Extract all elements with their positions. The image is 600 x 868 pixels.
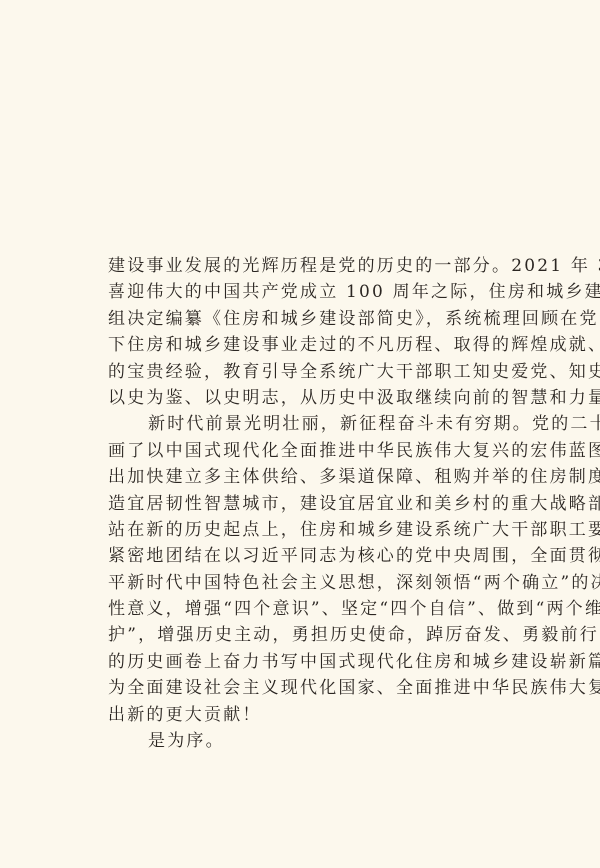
text-line: 下住房和城乡建设事业走过的不凡历程、取得的辉煌成就、积累 xyxy=(108,332,550,358)
text-line: 新时代前景光明壮丽，新征程奋斗未有穷期。党的二十大擘 xyxy=(108,411,550,437)
text-line: 性意义，增强“四个意识”、坚定“四个自信”、做到“两个维 xyxy=(108,596,550,622)
text-line: 的宝贵经验，教育引导全系统广大干部职工知史爱党、知史爱国， xyxy=(108,359,550,385)
text-line: 护”，增强历史主动，勇担历史使命，踔厉奋发、勇毅前行，在新 xyxy=(108,622,550,648)
text-line: 站在新的历史起点上，住房和城乡建设系统广大干部职工要更加 xyxy=(108,517,550,543)
text-line: 紧密地团结在以习近平同志为核心的党中央周围，全面贯彻习近 xyxy=(108,543,550,569)
text-line: 平新时代中国特色社会主义思想，深刻领悟“两个确立”的决定 xyxy=(108,570,550,596)
text-line: 造宜居韧性智慧城市，建设宜居宜业和美乡村的重大战略部署。 xyxy=(108,491,550,517)
paragraph-2: 新时代前景光明壮丽，新征程奋斗未有穷期。党的二十大擘 画了以中国式现代化全面推进… xyxy=(108,411,550,728)
text-line: 出新的更大贡献！ xyxy=(108,702,550,728)
text-line: 画了以中国式现代化全面推进中华民族伟大复兴的宏伟蓝图，作 xyxy=(108,438,550,464)
text-line: 为全面建设社会主义现代化国家、全面推进中华民族伟大复兴作 xyxy=(108,675,550,701)
paragraph-3: 是为序。 xyxy=(108,728,550,754)
paragraph-1: 建设事业发展的光辉历程是党的历史的一部分。2021 年 3 月，在 喜迎伟大的中… xyxy=(108,253,550,411)
text-line: 以史为鉴、以史明志，从历史中汲取继续向前的智慧和力量。 xyxy=(108,385,550,411)
text-line: 喜迎伟大的中国共产党成立 100 周年之际，住房和城乡建设部党 xyxy=(108,279,550,305)
closing-line: 是为序。 xyxy=(108,728,550,754)
document-page: 建设事业发展的光辉历程是党的历史的一部分。2021 年 3 月，在 喜迎伟大的中… xyxy=(0,0,600,868)
text-line: 建设事业发展的光辉历程是党的历史的一部分。2021 年 3 月，在 xyxy=(108,253,550,279)
text-line: 组决定编纂《住房和城乡建设部简史》，系统梳理回顾在党的领导 xyxy=(108,306,550,332)
text-line: 出加快建立多主体供给、多渠道保障、租购并举的住房制度，打 xyxy=(108,464,550,490)
text-line: 的历史画卷上奋力书写中国式现代化住房和城乡建设崭新篇章， xyxy=(108,649,550,675)
preface-body-text: 建设事业发展的光辉历程是党的历史的一部分。2021 年 3 月，在 喜迎伟大的中… xyxy=(108,253,550,754)
